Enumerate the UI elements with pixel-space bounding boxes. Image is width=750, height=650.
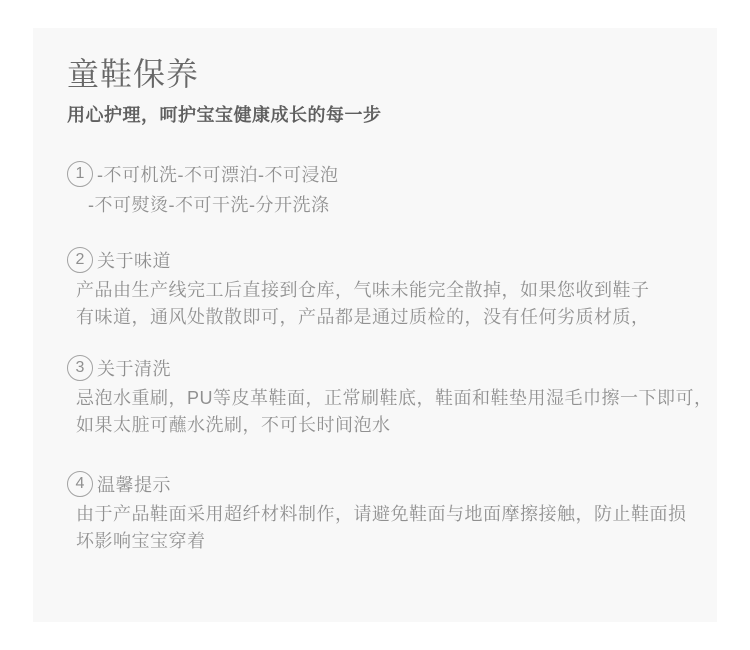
page-subtitle: 用心护理，呵护宝宝健康成长的每一步 <box>67 103 687 127</box>
section-3-line: 忌泡水重刷，PU等皮革鞋面，正常刷鞋底，鞋面和鞋垫用湿毛巾擦一下即可， <box>76 385 687 412</box>
care-page: { "page": { "title": "童鞋保养", "subtitle":… <box>0 0 750 650</box>
section-warm-tips: 4 温馨提示 由于产品鞋面采用超纤材料制作，请避免鞋面与地面摩擦接触，防止鞋面损… <box>67 471 687 555</box>
circled-number-3: 3 <box>67 355 93 381</box>
section-2-line: 产品由生产线完工后直接到仓库，气味未能完全散掉，如果您收到鞋子 <box>76 277 687 304</box>
section-washing-rules: 1 -不可机洗-不可漂泊-不可浸泡 -不可熨烫-不可干洗-分开洗涤 <box>67 161 687 218</box>
section-3-line: 如果太脏可蘸水洗刷，不可长时间泡水 <box>76 412 687 439</box>
section-3-heading: 关于清洗 <box>97 355 171 381</box>
section-1-heading-row: 1 -不可机洗-不可漂泊-不可浸泡 <box>67 161 687 187</box>
page-title: 童鞋保养 <box>67 54 687 94</box>
section-about-smell: 2 关于味道 产品由生产线完工后直接到仓库，气味未能完全散掉，如果您收到鞋子 有… <box>67 247 687 331</box>
section-about-cleaning: 3 关于清洗 忌泡水重刷，PU等皮革鞋面，正常刷鞋底，鞋面和鞋垫用湿毛巾擦一下即… <box>67 355 687 439</box>
section-4-line: 坏影响宝宝穿着 <box>76 528 687 555</box>
section-2-line: 有味道，通风处散散即可，产品都是通过质检的，没有任何劣质材质， <box>76 304 687 331</box>
section-4-line: 由于产品鞋面采用超纤材料制作，请避免鞋面与地面摩擦接触，防止鞋面损 <box>76 501 687 528</box>
circled-number-2: 2 <box>67 247 93 273</box>
section-2-body: 产品由生产线完工后直接到仓库，气味未能完全散掉，如果您收到鞋子 有味道，通风处散… <box>67 277 687 331</box>
section-4-body: 由于产品鞋面采用超纤材料制作，请避免鞋面与地面摩擦接触，防止鞋面损 坏影响宝宝穿… <box>67 501 687 555</box>
section-2-heading: 关于味道 <box>97 247 171 273</box>
section-4-heading-row: 4 温馨提示 <box>67 471 687 497</box>
section-2-heading-row: 2 关于味道 <box>67 247 687 273</box>
section-3-body: 忌泡水重刷，PU等皮革鞋面，正常刷鞋底，鞋面和鞋垫用湿毛巾擦一下即可， 如果太脏… <box>67 385 687 439</box>
section-1-line: -不可熨烫-不可干洗-分开洗涤 <box>88 192 687 218</box>
care-info-panel: 童鞋保养 用心护理，呵护宝宝健康成长的每一步 1 -不可机洗-不可漂泊-不可浸泡… <box>33 28 717 622</box>
section-4-heading: 温馨提示 <box>97 471 171 497</box>
circled-number-4: 4 <box>67 471 93 497</box>
circled-number-1: 1 <box>67 161 93 187</box>
section-3-heading-row: 3 关于清洗 <box>67 355 687 381</box>
section-1-heading: -不可机洗-不可漂泊-不可浸泡 <box>97 161 338 187</box>
